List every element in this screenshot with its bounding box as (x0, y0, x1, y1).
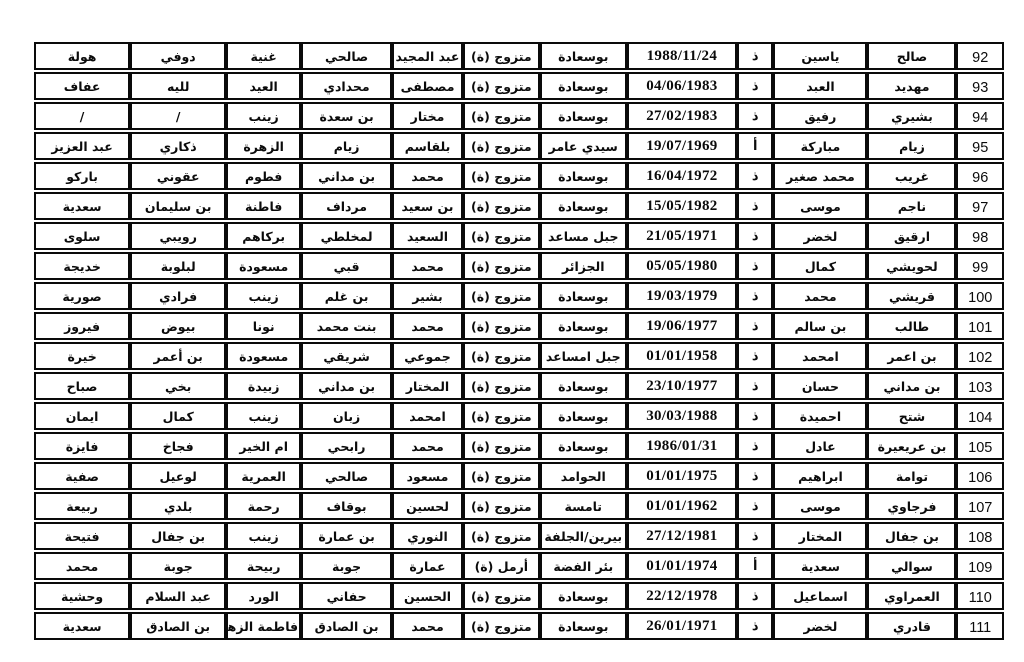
marital-status-cell: متزوج (ة) (463, 72, 540, 100)
name-cell-4: بيوض (130, 312, 226, 340)
row-number-cell: 103 (956, 372, 1004, 400)
birth-place-cell: بوسعادة (540, 432, 627, 460)
marital-status-cell: متزوج (ة) (463, 462, 540, 490)
row-number-cell: 100 (956, 282, 1004, 310)
name-cell-3: العيد (226, 72, 301, 100)
row-number-cell: 104 (956, 402, 1004, 430)
surname-cell: سوالي (867, 552, 956, 580)
name-cell-1: جموعي (392, 342, 463, 370)
table-row: 97ناجمموسىذ15/05/1982بوسعادةمتزوج (ة)بن … (34, 192, 1004, 220)
name-cell-3: مسعودة (226, 342, 301, 370)
table-row: 96غريبمحمد صغيرذ16/04/1972بوسعادةمتزوج (… (34, 162, 1004, 190)
first-name-cell: ابراهيم (773, 462, 867, 490)
birth-place-cell: بئر الفضة (540, 552, 627, 580)
birth-place-cell: بوسعادة (540, 72, 627, 100)
first-name-cell: لخضر (773, 612, 867, 640)
name-cell-2: بن الصادق (301, 612, 392, 640)
name-cell-2: بن غلم (301, 282, 392, 310)
name-cell-4: بن أعمر (130, 342, 226, 370)
first-name-cell: محمد (773, 282, 867, 310)
name-cell-4: بلدي (130, 492, 226, 520)
name-cell-5: فايزة (34, 432, 130, 460)
birth-date-cell: 01/01/1974 (627, 552, 737, 580)
first-name-cell: احميدة (773, 402, 867, 430)
marital-status-cell: متزوج (ة) (463, 492, 540, 520)
name-cell-3: فاطمة الزهراء (226, 612, 301, 640)
birth-date-cell: 1988/11/24 (627, 42, 737, 70)
table-row: 98ارقيقلخضرذ21/05/1971جبل مساعدمتزوج (ة)… (34, 222, 1004, 250)
name-cell-4: ذكاري (130, 132, 226, 160)
name-cell-3: نونا (226, 312, 301, 340)
name-cell-1: النوري (392, 522, 463, 550)
name-cell-1: محمد (392, 612, 463, 640)
table-row: 101طالببن سالمذ19/06/1977بوسعادةمتزوج (ة… (34, 312, 1004, 340)
birth-place-cell: بوسعادة (540, 612, 627, 640)
surname-cell: شتح (867, 402, 956, 430)
name-cell-2: مرداف (301, 192, 392, 220)
first-name-cell: امحمد (773, 342, 867, 370)
name-cell-4: / (130, 102, 226, 130)
name-cell-3: زينب (226, 402, 301, 430)
name-cell-1: المختار (392, 372, 463, 400)
birth-date-cell: 30/03/1988 (627, 402, 737, 430)
table-row: 111قادريلخضرذ26/01/1971بوسعادةمتزوج (ة)م… (34, 612, 1004, 640)
table-row: 94بشيريرفيقذ27/02/1983بوسعادةمتزوج (ة)مخ… (34, 102, 1004, 130)
marital-status-cell: متزوج (ة) (463, 102, 540, 130)
name-cell-5: باركو (34, 162, 130, 190)
name-cell-5: هولة (34, 42, 130, 70)
name-cell-4: فجاخ (130, 432, 226, 460)
birth-place-cell: جبل مساعد (540, 222, 627, 250)
letter-cell: أ (737, 132, 773, 160)
first-name-cell: ياسين (773, 42, 867, 70)
name-cell-1: عبد المجيد (392, 42, 463, 70)
birth-date-cell: 21/05/1971 (627, 222, 737, 250)
name-cell-5: عفاف (34, 72, 130, 100)
name-cell-5: خيرة (34, 342, 130, 370)
letter-cell: ذ (737, 582, 773, 610)
name-cell-5: فتيحة (34, 522, 130, 550)
first-name-cell: حسان (773, 372, 867, 400)
first-name-cell: كمال (773, 252, 867, 280)
table-row: 93مهديدالعبدذ04/06/1983بوسعادةمتزوج (ة)م… (34, 72, 1004, 100)
birth-date-cell: 04/06/1983 (627, 72, 737, 100)
surname-cell: زيام (867, 132, 956, 160)
name-cell-3: الزهرة (226, 132, 301, 160)
name-cell-1: محمد (392, 162, 463, 190)
first-name-cell: العبد (773, 72, 867, 100)
row-number-cell: 96 (956, 162, 1004, 190)
birth-place-cell: بوسعادة (540, 42, 627, 70)
name-cell-1: بشير (392, 282, 463, 310)
letter-cell: ذ (737, 162, 773, 190)
name-cell-1: بلقاسم (392, 132, 463, 160)
name-cell-5: ربيعة (34, 492, 130, 520)
row-number-cell: 99 (956, 252, 1004, 280)
records-table: 92صالحياسينذ1988/11/24بوسعادةمتزوج (ة)عب… (34, 40, 1004, 642)
birth-place-cell: الجزائر (540, 252, 627, 280)
surname-cell: توامة (867, 462, 956, 490)
letter-cell: ذ (737, 42, 773, 70)
name-cell-1: بن سعيد (392, 192, 463, 220)
surname-cell: قادري (867, 612, 956, 640)
birth-place-cell: بوسعادة (540, 162, 627, 190)
surname-cell: العمراوي (867, 582, 956, 610)
marital-status-cell: متزوج (ة) (463, 42, 540, 70)
first-name-cell: اسماعيل (773, 582, 867, 610)
name-cell-2: بوقاف (301, 492, 392, 520)
first-name-cell: موسى (773, 492, 867, 520)
row-number-cell: 108 (956, 522, 1004, 550)
first-name-cell: مباركة (773, 132, 867, 160)
name-cell-3: فاطنة (226, 192, 301, 220)
birth-date-cell: 1986/01/31 (627, 432, 737, 460)
name-cell-5: عبد العزيز (34, 132, 130, 160)
letter-cell: ذ (737, 312, 773, 340)
row-number-cell: 106 (956, 462, 1004, 490)
surname-cell: صالح (867, 42, 956, 70)
name-cell-3: مسعودة (226, 252, 301, 280)
letter-cell: ذ (737, 522, 773, 550)
name-cell-2: قبي (301, 252, 392, 280)
first-name-cell: رفيق (773, 102, 867, 130)
first-name-cell: سعدية (773, 552, 867, 580)
birth-date-cell: 19/07/1969 (627, 132, 737, 160)
letter-cell: ذ (737, 432, 773, 460)
letter-cell: ذ (737, 342, 773, 370)
name-cell-4: بن جفال (130, 522, 226, 550)
name-cell-4: دوفي (130, 42, 226, 70)
marital-status-cell: متزوج (ة) (463, 222, 540, 250)
surname-cell: بشيري (867, 102, 956, 130)
name-cell-4: عبد السلام (130, 582, 226, 610)
birth-date-cell: 27/12/1981 (627, 522, 737, 550)
name-cell-2: بن عمارة (301, 522, 392, 550)
name-cell-5: ايمان (34, 402, 130, 430)
birth-place-cell: بوسعادة (540, 372, 627, 400)
name-cell-2: زبان (301, 402, 392, 430)
row-number-cell: 111 (956, 612, 1004, 640)
birth-date-cell: 26/01/1971 (627, 612, 737, 640)
birth-date-cell: 23/10/1977 (627, 372, 737, 400)
marital-status-cell: متزوج (ة) (463, 342, 540, 370)
name-cell-1: الحسين (392, 582, 463, 610)
surname-cell: ارقيق (867, 222, 956, 250)
birth-place-cell: بوسعادة (540, 282, 627, 310)
birth-place-cell: بوسعادة (540, 102, 627, 130)
table-row: 107فرجاويموسىذ01/01/1962تامسةمتزوج (ة)لح… (34, 492, 1004, 520)
name-cell-3: ربيحة (226, 552, 301, 580)
marital-status-cell: أرمل (ة) (463, 552, 540, 580)
marital-status-cell: متزوج (ة) (463, 522, 540, 550)
first-name-cell: محمد صغير (773, 162, 867, 190)
surname-cell: لحويشي (867, 252, 956, 280)
name-cell-2: لمخلطي (301, 222, 392, 250)
marital-status-cell: متزوج (ة) (463, 432, 540, 460)
name-cell-1: مصطفى (392, 72, 463, 100)
row-number-cell: 102 (956, 342, 1004, 370)
name-cell-2: محدادي (301, 72, 392, 100)
surname-cell: فرجاوي (867, 492, 956, 520)
first-name-cell: بن سالم (773, 312, 867, 340)
name-cell-2: زيام (301, 132, 392, 160)
marital-status-cell: متزوج (ة) (463, 582, 540, 610)
name-cell-1: محمد (392, 252, 463, 280)
birth-place-cell: بوسعادة (540, 192, 627, 220)
table-row: 95زياممباركةأ19/07/1969سيدي عامرمتزوج (ة… (34, 132, 1004, 160)
name-cell-4: فرادي (130, 282, 226, 310)
name-cell-3: بركاهم (226, 222, 301, 250)
name-cell-2: حفاني (301, 582, 392, 610)
name-cell-4: عقوني (130, 162, 226, 190)
name-cell-4: لليه (130, 72, 226, 100)
name-cell-5: صورية (34, 282, 130, 310)
name-cell-5: صفية (34, 462, 130, 490)
table-row: 109سواليسعديةأ01/01/1974بئر الفضةأرمل (ة… (34, 552, 1004, 580)
table-row: 99لحويشيكمالذ05/05/1980الجزائرمتزوج (ة)م… (34, 252, 1004, 280)
name-cell-4: لوعيل (130, 462, 226, 490)
birth-place-cell: الحوامد (540, 462, 627, 490)
row-number-cell: 94 (956, 102, 1004, 130)
name-cell-3: زينب (226, 102, 301, 130)
birth-date-cell: 16/04/1972 (627, 162, 737, 190)
name-cell-4: رويبي (130, 222, 226, 250)
surname-cell: طالب (867, 312, 956, 340)
surname-cell: غريب (867, 162, 956, 190)
name-cell-2: جوبة (301, 552, 392, 580)
name-cell-1: السعيد (392, 222, 463, 250)
records-table-body: 92صالحياسينذ1988/11/24بوسعادةمتزوج (ة)عب… (34, 42, 1004, 640)
letter-cell: ذ (737, 282, 773, 310)
row-number-cell: 107 (956, 492, 1004, 520)
first-name-cell: عادل (773, 432, 867, 460)
document-page: 92صالحياسينذ1988/11/24بوسعادةمتزوج (ة)عب… (0, 0, 1024, 662)
row-number-cell: 101 (956, 312, 1004, 340)
table-row: 110العمراوياسماعيلذ22/12/1978بوسعادةمتزو… (34, 582, 1004, 610)
birth-date-cell: 05/05/1980 (627, 252, 737, 280)
name-cell-5: خديجة (34, 252, 130, 280)
name-cell-3: الورد (226, 582, 301, 610)
birth-place-cell: بوسعادة (540, 402, 627, 430)
name-cell-5: صباح (34, 372, 130, 400)
surname-cell: بن اعمر (867, 342, 956, 370)
letter-cell: ذ (737, 492, 773, 520)
row-number-cell: 93 (956, 72, 1004, 100)
name-cell-5: محمد (34, 552, 130, 580)
birth-date-cell: 19/03/1979 (627, 282, 737, 310)
name-cell-2: بن سعدة (301, 102, 392, 130)
name-cell-3: فطوم (226, 162, 301, 190)
name-cell-1: مختار (392, 102, 463, 130)
name-cell-2: صالحي (301, 42, 392, 70)
marital-status-cell: متزوج (ة) (463, 132, 540, 160)
name-cell-3: ام الخير (226, 432, 301, 460)
marital-status-cell: متزوج (ة) (463, 312, 540, 340)
name-cell-2: صالحي (301, 462, 392, 490)
birth-date-cell: 19/06/1977 (627, 312, 737, 340)
name-cell-4: بن سليمان (130, 192, 226, 220)
table-row: 103بن مدانيحسانذ23/10/1977بوسعادةمتزوج (… (34, 372, 1004, 400)
name-cell-3: رحمة (226, 492, 301, 520)
table-row: 105بن عريعيرةعادلذ1986/01/31بوسعادةمتزوج… (34, 432, 1004, 460)
first-name-cell: موسى (773, 192, 867, 220)
name-cell-1: مسعود (392, 462, 463, 490)
name-cell-4: كمال (130, 402, 226, 430)
first-name-cell: المختار (773, 522, 867, 550)
name-cell-5: فيروز (34, 312, 130, 340)
name-cell-1: عمارة (392, 552, 463, 580)
name-cell-4: بخي (130, 372, 226, 400)
letter-cell: ذ (737, 612, 773, 640)
table-row: 102بن اعمرامحمدذ01/01/1958جبل امساعدمتزو… (34, 342, 1004, 370)
table-row: 108بن جفالالمختارذ27/12/1981بيرين/الجلفة… (34, 522, 1004, 550)
surname-cell: ناجم (867, 192, 956, 220)
row-number-cell: 109 (956, 552, 1004, 580)
letter-cell: أ (737, 552, 773, 580)
table-row: 100قريشيمحمدذ19/03/1979بوسعادةمتزوج (ة)ب… (34, 282, 1004, 310)
marital-status-cell: متزوج (ة) (463, 192, 540, 220)
birth-place-cell: بوسعادة (540, 582, 627, 610)
surname-cell: قريشي (867, 282, 956, 310)
name-cell-5: وحشية (34, 582, 130, 610)
name-cell-2: بنت محمد (301, 312, 392, 340)
name-cell-3: غنية (226, 42, 301, 70)
surname-cell: مهديد (867, 72, 956, 100)
name-cell-2: بن مداني (301, 162, 392, 190)
letter-cell: ذ (737, 402, 773, 430)
marital-status-cell: متزوج (ة) (463, 402, 540, 430)
birth-date-cell: 01/01/1958 (627, 342, 737, 370)
marital-status-cell: متزوج (ة) (463, 162, 540, 190)
row-number-cell: 98 (956, 222, 1004, 250)
marital-status-cell: متزوج (ة) (463, 372, 540, 400)
name-cell-2: شريقي (301, 342, 392, 370)
first-name-cell: لخضر (773, 222, 867, 250)
birth-date-cell: 27/02/1983 (627, 102, 737, 130)
name-cell-1: لحسين (392, 492, 463, 520)
marital-status-cell: متزوج (ة) (463, 612, 540, 640)
birth-place-cell: بيرين/الجلفة (540, 522, 627, 550)
name-cell-5: سلوى (34, 222, 130, 250)
name-cell-2: رابحي (301, 432, 392, 460)
birth-date-cell: 15/05/1982 (627, 192, 737, 220)
name-cell-4: جوبة (130, 552, 226, 580)
birth-date-cell: 01/01/1962 (627, 492, 737, 520)
letter-cell: ذ (737, 192, 773, 220)
name-cell-5: سعدية (34, 612, 130, 640)
letter-cell: ذ (737, 222, 773, 250)
marital-status-cell: متزوج (ة) (463, 252, 540, 280)
name-cell-4: لبلوبة (130, 252, 226, 280)
table-row: 92صالحياسينذ1988/11/24بوسعادةمتزوج (ة)عب… (34, 42, 1004, 70)
letter-cell: ذ (737, 102, 773, 130)
name-cell-1: محمد (392, 312, 463, 340)
row-number-cell: 105 (956, 432, 1004, 460)
surname-cell: بن جفال (867, 522, 956, 550)
row-number-cell: 92 (956, 42, 1004, 70)
name-cell-3: زبيدة (226, 372, 301, 400)
birth-date-cell: 22/12/1978 (627, 582, 737, 610)
row-number-cell: 97 (956, 192, 1004, 220)
table-row: 106توامةابراهيمذ01/01/1975الحوامدمتزوج (… (34, 462, 1004, 490)
name-cell-1: محمد (392, 432, 463, 460)
letter-cell: ذ (737, 372, 773, 400)
birth-place-cell: تامسة (540, 492, 627, 520)
row-number-cell: 110 (956, 582, 1004, 610)
birth-place-cell: جبل امساعد (540, 342, 627, 370)
surname-cell: بن عريعيرة (867, 432, 956, 460)
letter-cell: ذ (737, 72, 773, 100)
name-cell-5: / (34, 102, 130, 130)
letter-cell: ذ (737, 462, 773, 490)
birth-date-cell: 01/01/1975 (627, 462, 737, 490)
name-cell-5: سعدية (34, 192, 130, 220)
name-cell-4: بن الصادق (130, 612, 226, 640)
marital-status-cell: متزوج (ة) (463, 282, 540, 310)
surname-cell: بن مداني (867, 372, 956, 400)
table-row: 104شتحاحميدةذ30/03/1988بوسعادةمتزوج (ة)ا… (34, 402, 1004, 430)
letter-cell: ذ (737, 252, 773, 280)
name-cell-1: امحمد (392, 402, 463, 430)
name-cell-3: زينب (226, 522, 301, 550)
row-number-cell: 95 (956, 132, 1004, 160)
name-cell-3: زينب (226, 282, 301, 310)
birth-place-cell: بوسعادة (540, 312, 627, 340)
name-cell-3: العمرية (226, 462, 301, 490)
name-cell-2: بن مداني (301, 372, 392, 400)
birth-place-cell: سيدي عامر (540, 132, 627, 160)
